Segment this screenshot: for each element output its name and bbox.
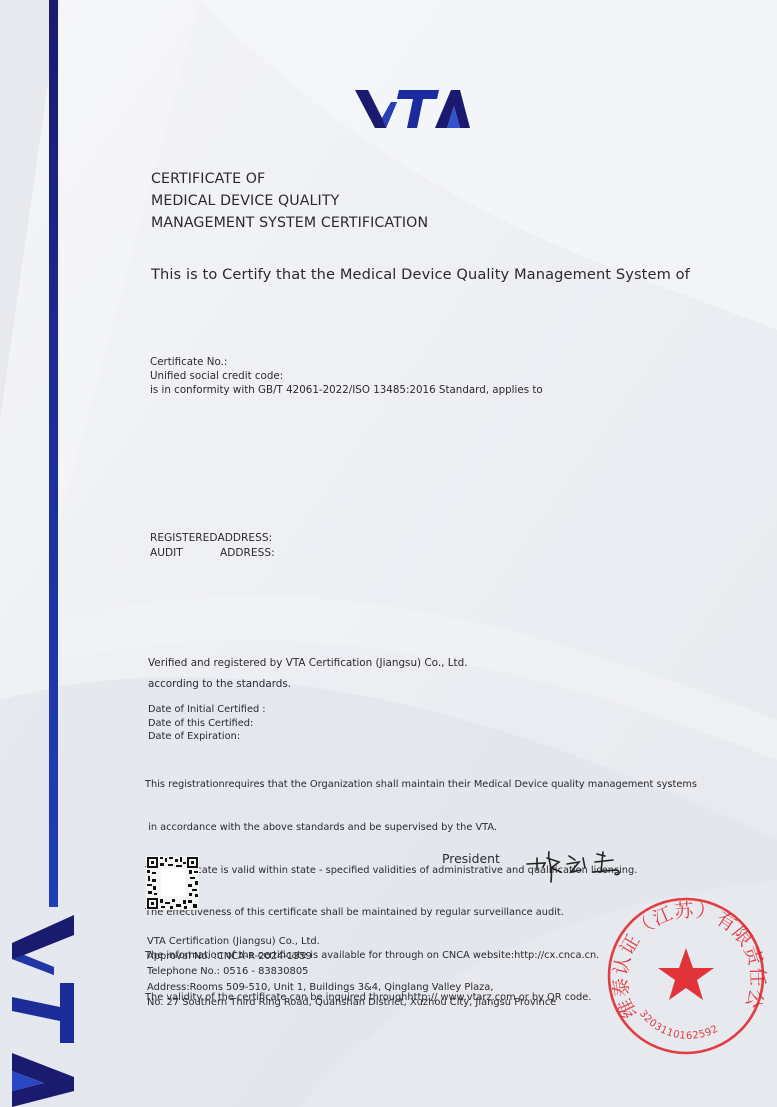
audit-address-row: AUDITADDRESS: [150,546,275,561]
registered-label: REGISTERED [150,531,218,546]
svg-text:3203110162592: 3203110162592 [637,1008,720,1042]
vta-logo-icon [355,88,470,130]
certificate-fields: Certificate No.: Unified social credit c… [150,355,543,397]
certificate-title: CERTIFICATE OF MEDICAL DEVICE QUALITY MA… [151,168,428,234]
official-seal-icon: 维泰认证（江苏）有限责任公司 3203110162592 [604,896,768,1058]
audit-label: AUDIT [150,546,220,561]
verification-line-2: according to the standards. [148,674,468,695]
verification-statement: Verified and registered by VTA Certifica… [148,653,468,695]
date-expiration-label: Date of Expiration: [148,730,266,744]
handwritten-signature-icon [523,842,628,887]
certificate-dates: Date of Initial Certified : Date of this… [148,703,266,744]
note-line: in accordance with the above standards a… [145,821,697,835]
issuer-address-line-1: Address:Rooms 509-510, Unit 1, Buildings… [147,980,556,995]
audit-address-label: ADDRESS: [220,546,275,561]
registered-address-row: REGISTEREDADDRESS: [150,531,275,546]
verification-line-1: Verified and registered by VTA Certifica… [148,653,468,674]
side-brand-bar [49,0,58,907]
president-label: President [442,851,500,866]
qr-code-icon[interactable] [146,856,199,910]
title-line-3: MANAGEMENT SYSTEM CERTIFICATION [151,212,428,234]
address-fields: REGISTEREDADDRESS: AUDITADDRESS: [150,531,275,561]
issuer-company: VTA Certification (Jiangsu) Co., Ltd. [147,934,556,949]
certificate-no-label: Certificate No.: [150,355,543,369]
side-vta-logo-icon [4,915,74,1107]
telephone-number: Telephone No.: 0516 - 83830805 [147,964,556,979]
approval-number: Approval No. :CNCA-R-2024-1359 [147,949,556,964]
issuer-address-line-2: No. 27 Southern Third Ring Road, Quansha… [147,995,556,1010]
certify-statement: This is to Certify that the Medical Devi… [151,266,690,283]
date-this-label: Date of this Certified: [148,717,266,731]
title-line-2: MEDICAL DEVICE QUALITY [151,190,428,212]
title-line-1: CERTIFICATE OF [151,168,428,190]
conformity-statement: is in conformity with GB/T 42061-2022/IS… [150,383,543,397]
issuer-footer: VTA Certification (Jiangsu) Co., Ltd. Ap… [147,934,556,1010]
date-initial-label: Date of Initial Certified : [148,703,266,717]
seal-number: 3203110162592 [637,1008,720,1042]
note-line: This registrationrequires that the Organ… [145,778,697,792]
credit-code-label: Unified social credit code: [150,369,543,383]
registered-address-label: ADDRESS: [218,531,273,546]
